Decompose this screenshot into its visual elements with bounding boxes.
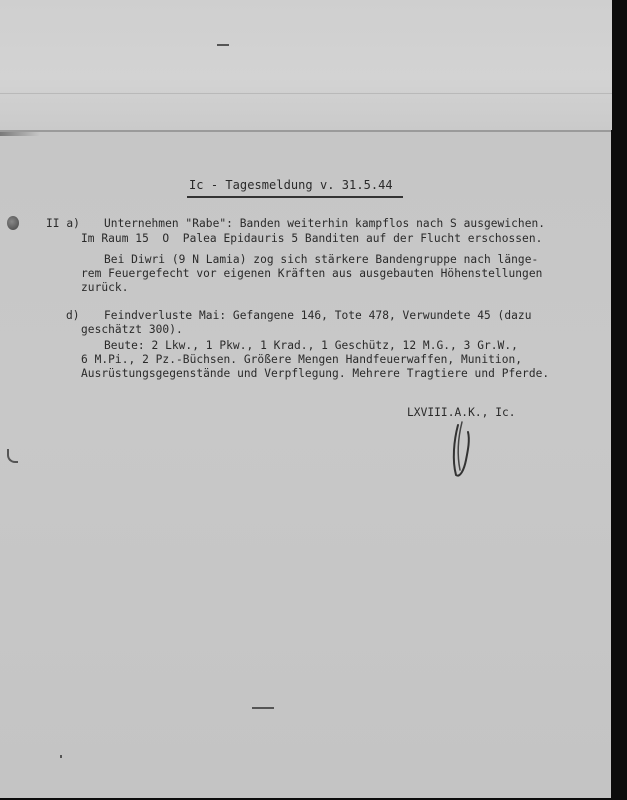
section-label-II-a: II a) [46, 217, 80, 230]
section-II-a-line1: Unternehmen "Rabe": Banden weiterhin kam… [104, 217, 545, 230]
section-d-line5: Ausrüstungsgegenstände und Verpflegung. … [81, 367, 549, 380]
scan-speck [60, 755, 62, 758]
section-d-line4: 6 M.Pi., 2 Pz.-Büchsen. Größere Mengen H… [81, 353, 522, 366]
section-label-d: d) [66, 309, 80, 322]
scan-speck [252, 707, 274, 709]
document-title: Ic - Tagesmeldung v. 31.5.44 [189, 179, 393, 192]
document-page [0, 130, 611, 798]
fold-line [0, 93, 612, 94]
hook-mark-icon [7, 449, 18, 463]
section-II-a-para2-line3: zurück. [81, 281, 129, 294]
section-II-a-para2-line2: rem Feuergefecht vor eigenen Kräften aus… [81, 267, 542, 280]
handwritten-signature-icon [448, 420, 478, 480]
signature-block: LXVIII.A.K., Ic. [407, 406, 516, 419]
punch-hole-icon [7, 216, 19, 230]
section-d-line3: Beute: 2 Lkw., 1 Pkw., 1 Krad., 1 Geschü… [104, 339, 518, 352]
page-edge-shadow [0, 132, 40, 136]
section-d-line1: Feindverluste Mai: Gefangene 146, Tote 4… [104, 309, 531, 322]
scan-speck [217, 44, 229, 46]
section-d-line2: geschätzt 300). [81, 323, 183, 336]
section-II-a-para2-line1: Bei Diwri (9 N Lamia) zog sich stärkere … [104, 253, 538, 266]
title-underline [187, 196, 403, 198]
section-II-a-line2: Im Raum 15 O Palea Epidauris 5 Banditen … [81, 232, 542, 245]
previous-page-strip [0, 0, 612, 130]
